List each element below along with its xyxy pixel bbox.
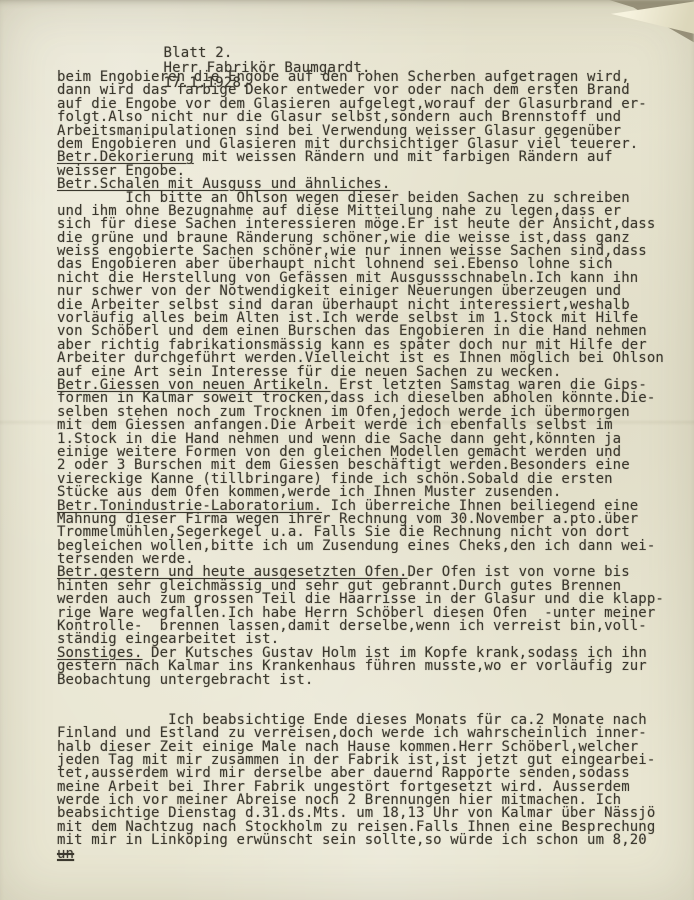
- letter-page: Blatt 2. Herr Fabrikör Baumgardt. 17.1.1…: [0, 0, 694, 900]
- struck-out-text: un: [57, 846, 74, 862]
- sheet-number: Blatt 2.: [164, 45, 233, 61]
- letter-line: [57, 687, 688, 700]
- line-text: Beobachtung untergebracht ist.: [57, 672, 313, 688]
- page-corner-fold: [602, 0, 694, 46]
- letter-line: Beobachtung untergebracht ist.: [57, 674, 688, 687]
- line-text: mit weissen Rändern und mit farbigen Rän…: [194, 149, 613, 165]
- letter-body: beim Engobieren die Engobe auf den rohen…: [57, 71, 688, 861]
- line-text: mit mir in Linköping erwünscht sein soll…: [57, 832, 647, 848]
- letter-line: mit mir in Linköping erwünscht sein soll…: [57, 834, 688, 847]
- letter-line-strikeout: un: [57, 848, 688, 861]
